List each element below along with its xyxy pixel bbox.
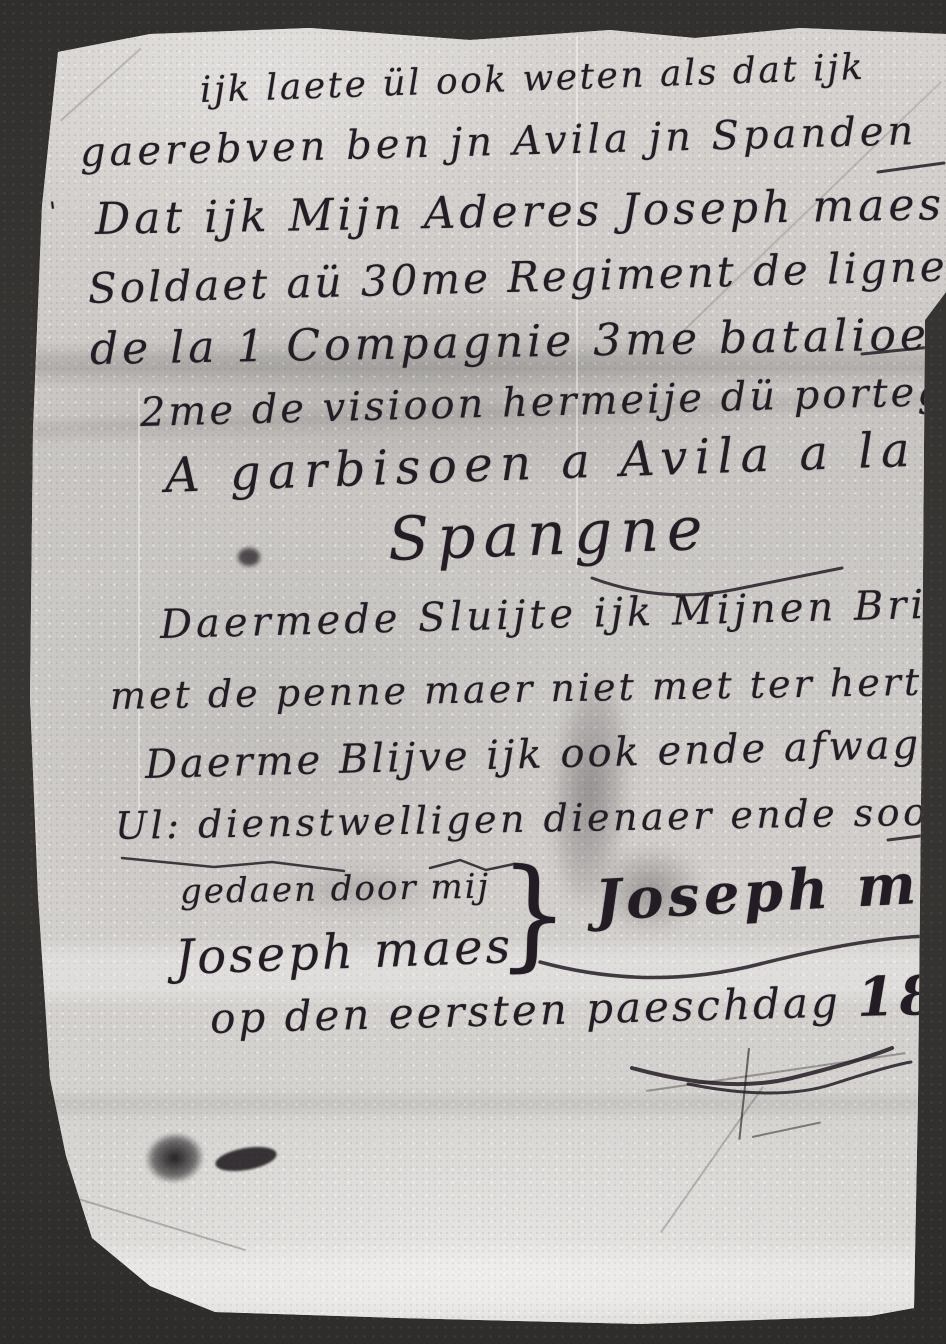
letter-paper: ijk laete ül ook weten als dat ijk gaere… bbox=[0, 0, 946, 1344]
small-ink-spot bbox=[238, 548, 260, 566]
photograph: ijk laete ül ook weten als dat ijk gaere… bbox=[0, 0, 946, 1344]
letter-line-gedaen-door-mij: gedaen door mij bbox=[180, 867, 491, 912]
vertical-fold-crease bbox=[138, 388, 140, 830]
letter-word-spangne: Spangne bbox=[387, 494, 712, 575]
